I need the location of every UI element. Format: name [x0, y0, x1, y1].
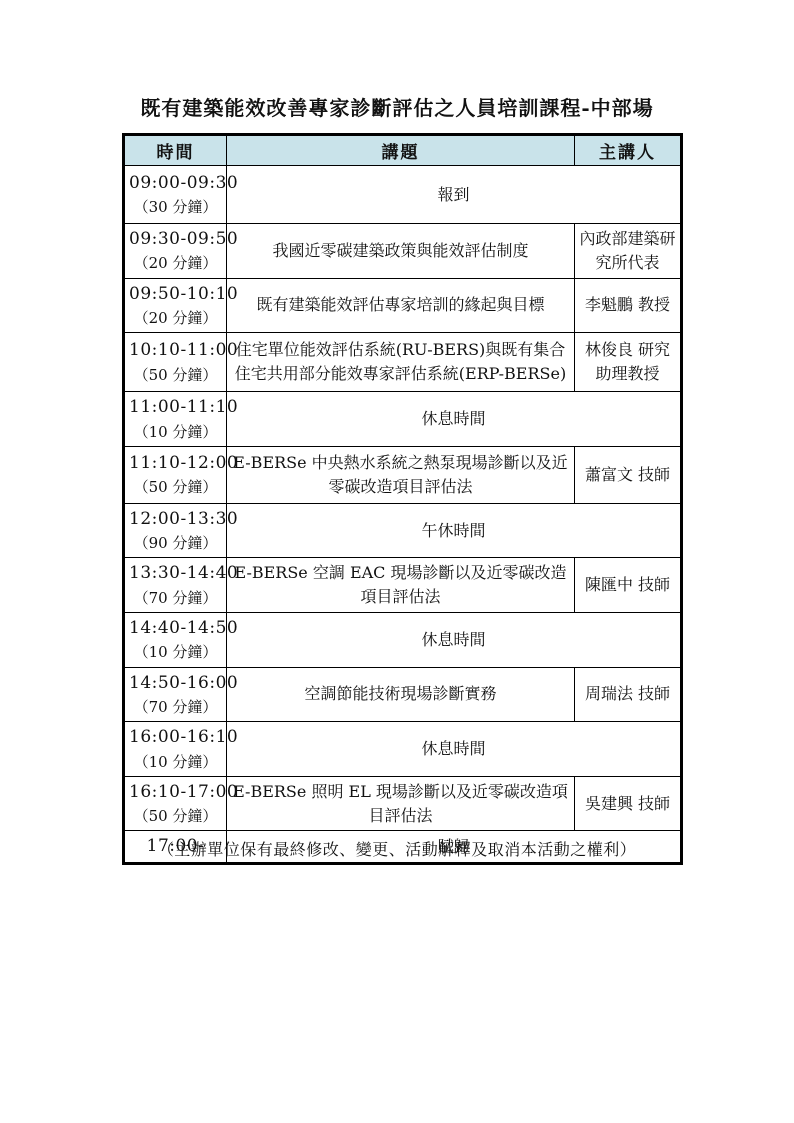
column-header-time: 時間 [124, 135, 227, 166]
topic-cell: 既有建築能效評估專家培訓的緣起與目標 [227, 278, 575, 333]
speaker-cell: 吳建興 技師 [575, 776, 682, 831]
time-cell: 11:00-11:10（10 分鐘） [124, 392, 227, 447]
topic-cell: 休息時間 [227, 392, 682, 447]
time-duration: （10 分鐘） [129, 641, 222, 664]
topic-cell: 午休時間 [227, 503, 682, 558]
table-row: 16:10-17:00（50 分鐘）E-BERSe 照明 EL 現場診斷以及近零… [124, 776, 682, 831]
time-cell: 09:30-09:50（20 分鐘） [124, 224, 227, 279]
time-range: 14:50-16:00 [129, 670, 222, 696]
time-range: 14:40-14:50 [129, 615, 222, 641]
table-row: 16:00-16:10（10 分鐘）休息時間 [124, 722, 682, 777]
topic-cell: 住宅單位能效評估系統(RU-BERS)與既有集合住宅共用部分能效專家評估系統(E… [227, 333, 575, 392]
topic-cell: 報到 [227, 166, 682, 224]
time-range: 12:00-13:30 [129, 506, 222, 532]
schedule-table: 時間 講題 主講人 09:00-09:30（30 分鐘）報到09:30-09:5… [122, 133, 683, 865]
speaker-cell: 內政部建築研究所代表 [575, 224, 682, 279]
topic-cell: 休息時間 [227, 722, 682, 777]
document-page: 既有建築能效改善專家診斷評估之人員培訓課程-中部場 時間 講題 主講人 09:0… [0, 0, 794, 1123]
table-row: 11:00-11:10（10 分鐘）休息時間 [124, 392, 682, 447]
time-duration: （50 分鐘） [129, 805, 222, 828]
time-duration: （50 分鐘） [129, 364, 222, 387]
topic-cell: 我國近零碳建築政策與能效評估制度 [227, 224, 575, 279]
table-row: 12:00-13:30（90 分鐘）午休時間 [124, 503, 682, 558]
time-cell: 12:00-13:30（90 分鐘） [124, 503, 227, 558]
column-header-topic: 講題 [227, 135, 575, 166]
topic-cell: 空調節能技術現場診斷實務 [227, 667, 575, 722]
time-range: 16:00-16:10 [129, 724, 222, 750]
time-cell: 09:50-10:10（20 分鐘） [124, 278, 227, 333]
header-row: 時間 講題 主講人 [124, 135, 682, 166]
time-range: 16:10-17:00 [129, 779, 222, 805]
time-duration: （70 分鐘） [129, 587, 222, 610]
speaker-cell: 李魁鵬 教授 [575, 278, 682, 333]
table-row: 13:30-14:40（70 分鐘）E-BERSe 空調 EAC 現場診斷以及近… [124, 558, 682, 613]
topic-cell: 休息時間 [227, 612, 682, 667]
time-duration: （20 分鐘） [129, 307, 222, 330]
table-row: 14:50-16:00（70 分鐘）空調節能技術現場診斷實務周瑞法 技師 [124, 667, 682, 722]
time-range: 09:00-09:30 [129, 170, 222, 196]
time-duration: （20 分鐘） [129, 252, 222, 275]
time-cell: 14:40-14:50（10 分鐘） [124, 612, 227, 667]
time-range: 09:30-09:50 [129, 226, 222, 252]
time-duration: （10 分鐘） [129, 421, 222, 444]
time-cell: 09:00-09:30（30 分鐘） [124, 166, 227, 224]
topic-cell: E-BERSe 中央熱水系統之熱泵現場診斷以及近零碳改造項目評估法 [227, 446, 575, 503]
speaker-cell: 陳匯中 技師 [575, 558, 682, 613]
time-duration: （10 分鐘） [129, 751, 222, 774]
time-cell: 16:00-16:10（10 分鐘） [124, 722, 227, 777]
speaker-cell: 周瑞法 技師 [575, 667, 682, 722]
time-duration: （50 分鐘） [129, 476, 222, 499]
time-duration: （90 分鐘） [129, 532, 222, 555]
time-range: 11:10-12:00 [129, 450, 222, 476]
schedule-header: 時間 講題 主講人 [124, 135, 682, 166]
schedule-body: 09:00-09:30（30 分鐘）報到09:30-09:50（20 分鐘）我國… [124, 166, 682, 864]
topic-cell: E-BERSe 空調 EAC 現場診斷以及近零碳改造項目評估法 [227, 558, 575, 613]
time-duration: （70 分鐘） [129, 696, 222, 719]
page-title: 既有建築能效改善專家診斷評估之人員培訓課程-中部場 [0, 92, 794, 121]
table-row: 14:40-14:50（10 分鐘）休息時間 [124, 612, 682, 667]
table-row: 09:30-09:50（20 分鐘）我國近零碳建築政策與能效評估制度內政部建築研… [124, 224, 682, 279]
speaker-cell: 林俊良 研究助理教授 [575, 333, 682, 392]
footnote: （主辦單位保有最終修改、變更、活動解釋及取消本活動之權利） [0, 837, 794, 860]
speaker-cell: 蕭富文 技師 [575, 446, 682, 503]
table-row: 09:00-09:30（30 分鐘）報到 [124, 166, 682, 224]
time-cell: 14:50-16:00（70 分鐘） [124, 667, 227, 722]
table-row: 09:50-10:10（20 分鐘）既有建築能效評估專家培訓的緣起與目標李魁鵬 … [124, 278, 682, 333]
time-cell: 13:30-14:40（70 分鐘） [124, 558, 227, 613]
time-range: 09:50-10:10 [129, 281, 222, 307]
table-row: 10:10-11:00（50 分鐘）住宅單位能效評估系統(RU-BERS)與既有… [124, 333, 682, 392]
time-range: 11:00-11:10 [129, 394, 222, 420]
time-range: 10:10-11:00 [129, 337, 222, 363]
time-cell: 10:10-11:00（50 分鐘） [124, 333, 227, 392]
column-header-speaker: 主講人 [575, 135, 682, 166]
table-row: 11:10-12:00（50 分鐘）E-BERSe 中央熱水系統之熱泵現場診斷以… [124, 446, 682, 503]
time-cell: 16:10-17:00（50 分鐘） [124, 776, 227, 831]
time-cell: 11:10-12:00（50 分鐘） [124, 446, 227, 503]
topic-cell: E-BERSe 照明 EL 現場診斷以及近零碳改造項目評估法 [227, 776, 575, 831]
time-range: 13:30-14:40 [129, 560, 222, 586]
time-duration: （30 分鐘） [129, 196, 222, 219]
